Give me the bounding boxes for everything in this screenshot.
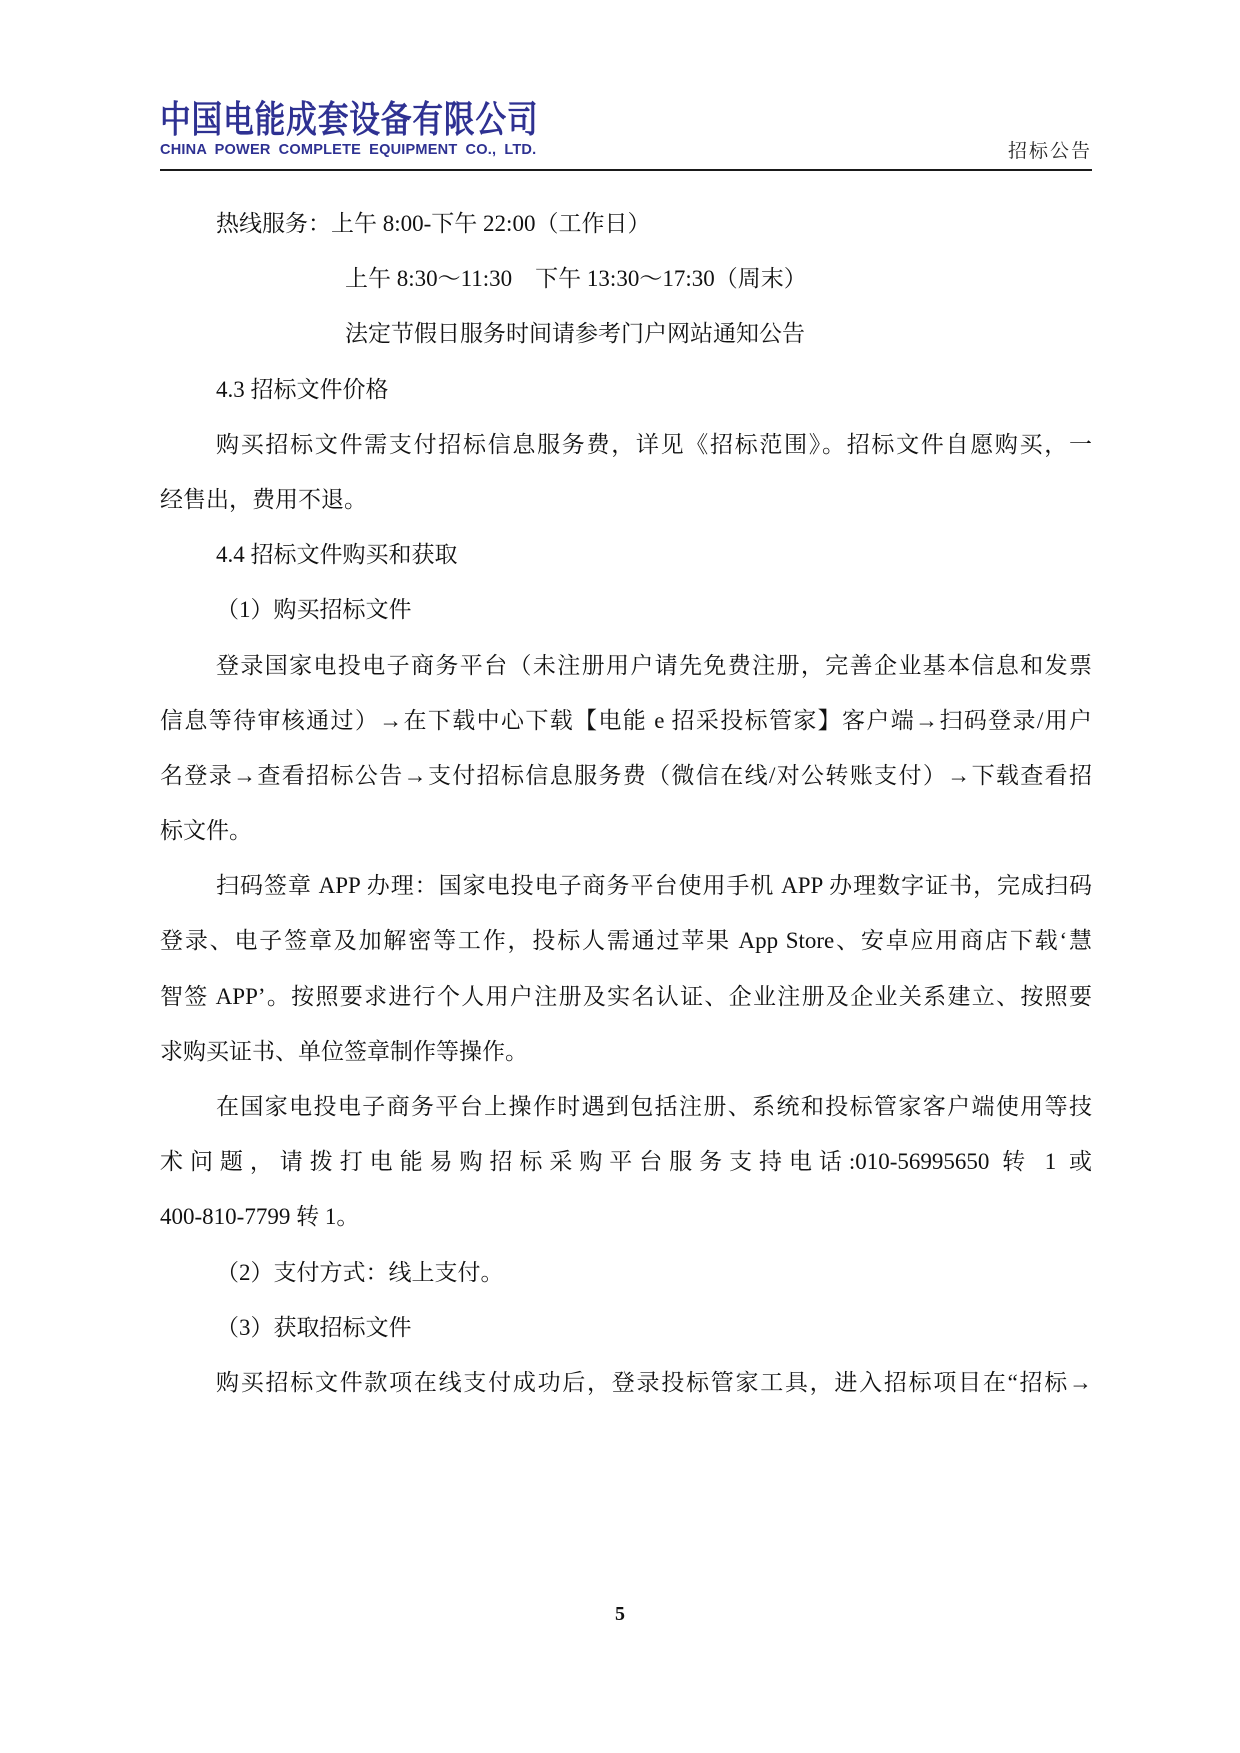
header-divider [160, 169, 1092, 171]
body-line: 经售出，费用不退。 [160, 472, 1092, 527]
document-page: 中国电能成套设备有限公司 CHINA POWER COMPLETE EQUIPM… [0, 0, 1240, 1753]
body-line: 购买招标文件需支付招标信息服务费，详见《招标范围》。招标文件自愿购买，一 [160, 417, 1092, 472]
company-logo: 中国电能成套设备有限公司 CHINA POWER COMPLETE EQUIPM… [160, 101, 616, 158]
body-line: 4.3 招标文件价格 [160, 362, 1092, 417]
body-line: 智签 APP’。按照要求进行个人用户注册及实名认证、企业注册及企业关系建立、按照… [160, 969, 1092, 1024]
body-line: （3）获取招标文件 [160, 1300, 1092, 1355]
body-line: 法定节假日服务时间请参考门户网站通知公告 [160, 306, 1092, 361]
body-line: 在国家电投电子商务平台上操作时遇到包括注册、系统和投标管家客户端使用等技 [160, 1079, 1092, 1134]
body-line: 名登录→查看招标公告→支付招标信息服务费（微信在线/对公转账支付）→下载查看招 [160, 748, 1092, 803]
company-logo-english-name: CHINA POWER COMPLETE EQUIPMENT CO., LTD. [160, 142, 536, 157]
document-body: 热线服务：上午 8:00-下午 22:00（工作日）上午 8:30～11:30 … [160, 196, 1092, 1410]
body-line: 登录、电子签章及加解密等工作，投标人需通过苹果 App Store、安卓应用商店… [160, 913, 1092, 968]
body-line: 上午 8:30～11:30 下午 13:30～17:30（周末） [160, 251, 1092, 306]
body-line: 登录国家电投电子商务平台（未注册用户请先免费注册，完善企业基本信息和发票 [160, 638, 1092, 693]
body-line: 热线服务：上午 8:00-下午 22:00（工作日） [160, 196, 1092, 251]
body-line: 求购买证书、单位签章制作等操作。 [160, 1024, 1092, 1079]
body-line: 400-810-7799 转 1。 [160, 1189, 1092, 1244]
body-line: （2）支付方式：线上支付。 [160, 1245, 1092, 1300]
company-logo-chinese-name: 中国电能成套设备有限公司 [160, 101, 538, 138]
page-number: 5 [0, 1603, 1240, 1626]
document-type-label: 招标公告 [1008, 136, 1092, 163]
body-line: 术问题，请拨打电能易购招标采购平台服务支持电话:010-56995650 转 1… [160, 1134, 1092, 1189]
body-line: 购买招标文件款项在线支付成功后，登录投标管家工具，进入招标项目在“招标→ [160, 1355, 1092, 1410]
body-line: （1）购买招标文件 [160, 582, 1092, 637]
body-line: 4.4 招标文件购买和获取 [160, 527, 1092, 582]
body-line: 信息等待审核通过）→在下载中心下载【电能 e 招采投标管家】客户端→扫码登录/用… [160, 693, 1092, 748]
body-line: 扫码签章 APP 办理：国家电投电子商务平台使用手机 APP 办理数字证书，完成… [160, 858, 1092, 913]
body-line: 标文件。 [160, 803, 1092, 858]
